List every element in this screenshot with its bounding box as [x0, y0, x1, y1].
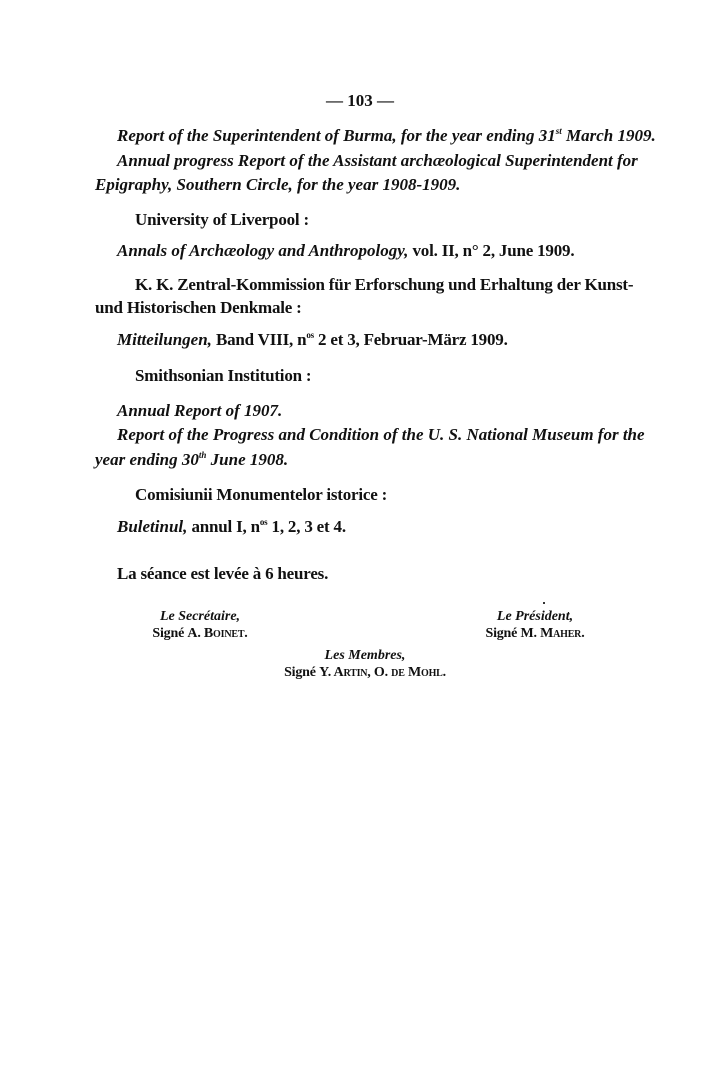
comisiunii-title: Buletinul, [117, 517, 187, 536]
signature-secretaire: Le Secrétaire, Signé A. Boinet. [130, 608, 270, 642]
liverpool-title: Annals of Archæology and Anthropology, [117, 241, 408, 260]
smithsonian-heading: Smithsonian Institution : [135, 366, 311, 386]
secretaire-role: Le Secrétaire, [130, 608, 270, 625]
membres-name: Y. Artin, O. de Mohl. [319, 665, 446, 680]
comisiunii-entry: Buletinul, annul I, nos 1, 2, 3 et 4. [117, 517, 346, 537]
president-name: M. Maher. [520, 626, 584, 641]
liverpool-heading: University of Liverpool : [135, 210, 309, 230]
liverpool-detail: vol. II, n° 2, June 1909. [408, 241, 574, 260]
stray-mark [543, 602, 545, 604]
smithsonian-progress-line2-b: June 1908. [206, 450, 288, 469]
burma-report-tail: March 1909. [562, 126, 656, 145]
burma-report-entry: Report of the Superintendent of Burma, f… [117, 126, 656, 146]
document-page: — 103 — Report of the Superintendent of … [0, 0, 720, 1082]
epigraphy-report-line1: Annual progress Report of the Assistant … [117, 151, 628, 171]
closing-statement: La séance est levée à 6 heures. [117, 564, 328, 584]
page-number: — 103 — [0, 91, 720, 111]
liverpool-entry: Annals of Archæology and Anthropology, v… [117, 241, 574, 261]
zentral-heading-line2: und Historischen Denkmale : [95, 298, 302, 318]
zentral-entry: Mitteilungen, Band VIII, nos 2 et 3, Feb… [117, 330, 508, 350]
smithsonian-progress-line2-a: year ending 30 [95, 450, 199, 469]
signature-membres: Les Membres, Signé Y. Artin, O. de Mohl. [255, 647, 475, 681]
signature-president: Le Président, Signé M. Maher. [465, 608, 605, 642]
zentral-detail: Band VIII, n [212, 330, 306, 349]
membres-role: Les Membres, [255, 647, 475, 664]
epigraphy-report-line2: Epigraphy, Southern Circle, for the year… [95, 175, 460, 195]
comisiunii-heading: Comisiunii Monumentelor istorice : [135, 485, 387, 505]
comisiunii-detail-tail: 1, 2, 3 et 4. [267, 517, 345, 536]
president-signed: Signé [485, 626, 517, 641]
smithsonian-progress-line2: year ending 30th June 1908. [95, 450, 288, 470]
zentral-title: Mitteilungen, [117, 330, 212, 349]
zentral-detail-sup: os [306, 330, 314, 340]
comisiunii-detail: annul I, n [187, 517, 259, 536]
secretaire-signed: Signé [152, 626, 184, 641]
president-role: Le Président, [465, 608, 605, 625]
smithsonian-annual-report: Annual Report of 1907. [117, 401, 282, 421]
zentral-detail-tail: 2 et 3, Februar-März 1909. [314, 330, 508, 349]
smithsonian-progress-line1: Report of the Progress and Condition of … [117, 425, 628, 445]
secretaire-name: A. Boinet. [187, 626, 247, 641]
zentral-heading-line1: K. K. Zentral-Kommission für Erforschung… [135, 275, 628, 295]
burma-report-text: Report of the Superintendent of Burma, f… [117, 126, 556, 145]
membres-signed: Signé [284, 665, 316, 680]
